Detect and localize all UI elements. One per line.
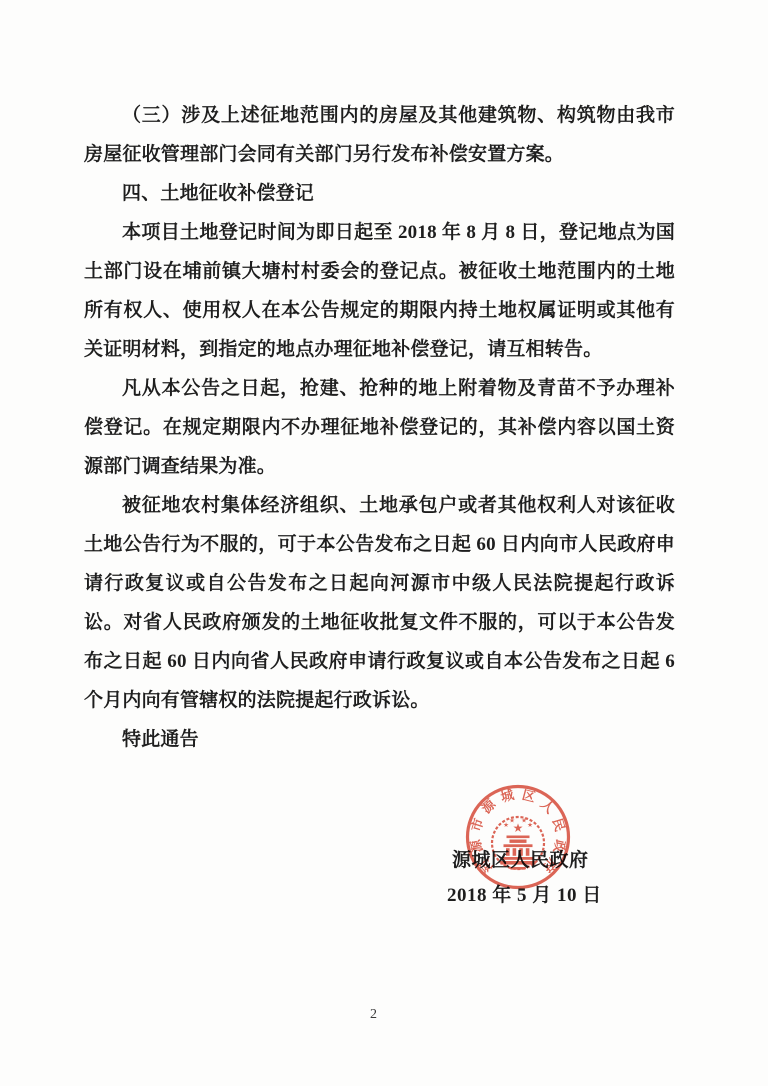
official-seal: 河源市源城区人民政府 ★ ★ ★ ★ ★ [465, 784, 571, 890]
paragraph-closing-statement: 特此通告 [84, 720, 675, 759]
seal-text-char: 人 [538, 797, 558, 817]
star-icon: ★ [527, 821, 533, 829]
seal-text-char: 源 [468, 837, 486, 854]
paragraph-registration-details: 本项目土地登记时间为即日起至 2018 年 8 月 8 日，登记地点为国土部门设… [84, 213, 675, 369]
section-heading-four: 四、土地征收补偿登记 [84, 174, 675, 213]
seal-text-char: 民 [550, 816, 568, 833]
page-number: 2 [370, 1007, 377, 1023]
paragraph-appeal-rights: 被征地农村集体经济组织、土地承包户或者其他权利人对该征收土地公告行为不服的，可于… [84, 486, 675, 720]
national-emblem-icon: ★ ★ ★ ★ ★ [492, 817, 544, 870]
tiananmen-gate-icon [501, 836, 536, 870]
paragraph-no-compensation-rule: 凡从本公告之日起，抢建、抢种的地上附着物及青苗不予办理补偿登记。在规定期限内不办… [84, 369, 675, 486]
seal-text-char: 市 [468, 816, 486, 833]
seal-text-char: 府 [540, 856, 560, 876]
scanned-notice-page: （三）涉及上述征地范围内的房屋及其他建筑物、构筑物由我市房屋征收管理部门会同有关… [0, 0, 768, 1086]
seal-text-char: 城 [499, 787, 516, 805]
official-seal-graphic: 河源市源城区人民政府 ★ ★ ★ ★ ★ [465, 784, 571, 890]
notice-body: （三）涉及上述征地范围内的房屋及其他建筑物、构筑物由我市房屋征收管理部门会同有关… [84, 96, 675, 759]
seal-text-char: 河 [476, 856, 496, 876]
star-icon: ★ [509, 817, 515, 825]
paragraph-clause-three: （三）涉及上述征地范围内的房屋及其他建筑物、构筑物由我市房屋征收管理部门会同有关… [84, 96, 675, 174]
seal-text-char: 源 [479, 796, 499, 817]
seal-text-char: 区 [521, 787, 537, 805]
seal-text-char: 政 [551, 838, 568, 854]
